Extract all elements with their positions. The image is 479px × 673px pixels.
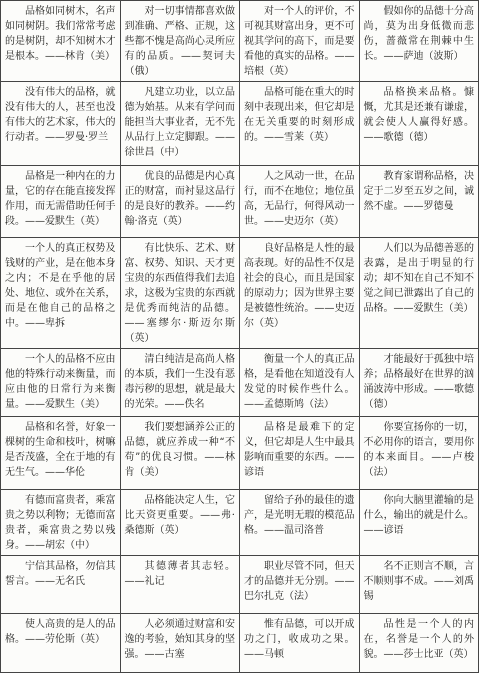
quote-cell: 清白纯洁是高尚人格的本质，我们一生没有恶毒污秽的思想，就是最大的光荣。——佚名 [120, 349, 240, 417]
quote-cell: 品格是一种内在的力量，它的存在能直接发挥作用，而无需借助任何手段。——爱默生（英… [1, 166, 121, 238]
quote-cell: 职业尽管不同，但天才的品德并无分别。——巴尔扎克（法） [240, 556, 360, 614]
quote-cell: 有德而富贵者，乘富贵之势以利物；无德而富贵者，乘富贵之势以残身。——胡宏（中） [1, 490, 121, 556]
quote-cell: 一个人的真正权势及钱财的产业，是在他本身之内；不是在乎他的居处、地位、或外在关系… [1, 238, 121, 349]
quote-cell: 你向大脑里灌输的是什么，输出的就是什么。——谚语 [359, 490, 479, 556]
quote-cell: 才能最好于孤独中培养；品格最好在世界的汹涌波涛中形成。——歌德（德） [359, 349, 479, 417]
quote-cell: 人们以为品德善恶的表露，是出于明显的行动；却不知在自己不知不觉之间已泄露出了自己… [359, 238, 479, 349]
quote-cell: 对一切事情都喜欢做到准确、严格、正规，这些都不愧是高尚心灵所应有的品质。——契诃… [120, 1, 240, 82]
quote-cell: 一个人的品格不应由他的特殊行动来衡量，而应由他的日常行为来衡量。——爱默生（美） [1, 349, 121, 417]
quotes-table: 品格如同树木，名声如同树阴。我们常常考虑的是树阴，却不知树木才是根本。——林肯（… [0, 0, 479, 673]
quote-cell: 名不正则言不顺，言不顺则事不成。——刘禹锡 [359, 556, 479, 614]
table-row: 品格是一种内在的力量，它的存在能直接发挥作用，而无需借助任何手段。——爱默生（英… [1, 166, 479, 238]
table-row: 宁信其品格，勿信其誓言。——无名氏 其德薄者其志轻。——礼记 职业尽管不同，但天… [1, 556, 479, 614]
quote-cell: 我们要想涵养公正的品德，就应养成一种“不苟”的优良习惯。——林肯（美） [120, 417, 240, 490]
quote-cell: 优良的品德是内心真正的财富，而衬显这品行的是良好的教养。——约翰·洛克（英） [120, 166, 240, 238]
quote-cell: 品格可能在重大的时刻中表现出来，但它却是在无关重要的时刻形成的。——雪莱（英） [240, 82, 360, 166]
table-row: 有德而富贵者，乘富贵之势以利物；无德而富贵者，乘富贵之势以残身。——胡宏（中） … [1, 490, 479, 556]
quote-cell: 人必须通过财富和安逸的考验，始知其身的坚强。——古塞 [120, 614, 240, 673]
quote-cell: 教育家谓称品格，决定于二岁至五岁之间，诚然不虚。——罗德曼 [359, 166, 479, 238]
quote-cell: 品格换来品格。慷慨，尤其是还兼有谦虚，就会使人人赢得好感。——歌德（德） [359, 82, 479, 166]
quote-cell: 有比快乐、艺术、财富、权势、知识、天才更宝贵的东西值得我们去追求，这极为宝贵的东… [120, 238, 240, 349]
quote-cell: 其德薄者其志轻。——礼记 [120, 556, 240, 614]
table-row: 一个人的品格不应由他的特殊行动来衡量，而应由他的日常行为来衡量。——爱默生（美）… [1, 349, 479, 417]
table-row: 品格和名誉，好象一棵树的生命和枝叶，树嘛是否茂盛，全在于地的有无生气。——华伦 … [1, 417, 479, 490]
table-row: 使人高贵的是人的品格。——劳伦斯（英） 人必须通过财富和安逸的考验，始知其身的坚… [1, 614, 479, 673]
quote-cell: 品性是一个人的内在，名誉是一个人的外貌。——莎士比亚（英） [359, 614, 479, 673]
table-row: 品格如同树木，名声如同树阴。我们常常考虑的是树阴，却不知树木才是根本。——林肯（… [1, 1, 479, 82]
quote-cell: 你要宣扬你的一切，不必用你的语言，要用你的本来面目。——卢梭（法） [359, 417, 479, 490]
table-row: 没有伟大的品格，就没有伟大的人，甚至也没有伟大的艺术家，伟大的行动者。——罗曼·… [1, 82, 479, 166]
quote-cell: 品格能决定人生，它比天资更重要。——弗·桑德斯（英） [120, 490, 240, 556]
quote-cell: 凡建立功业，以立品德为始基。从来有学问而能担当大事业者，无不先从品行上立定脚跟。… [120, 82, 240, 166]
quote-cell: 人之风动一世，在品行，而不在地位；地位虽高，无品行，何得风动一世。——史迈尔（英… [240, 166, 360, 238]
quote-cell: 使人高贵的是人的品格。——劳伦斯（英） [1, 614, 121, 673]
quote-cell: 良好品格是人性的最高表现。好的品性不仅是社会的良心，而且是国家的原动力；因为世界… [240, 238, 360, 349]
quote-cell: 没有伟大的品格，就没有伟大的人，甚至也没有伟大的艺术家，伟大的行动者。——罗曼·… [1, 82, 121, 166]
quote-cell: 假如你的品德十分高尚，莫为出身低微而悲伤，蔷薇常在荆棘中生长。——萨迪（波斯） [359, 1, 479, 82]
quote-cell: 品格是最难下的定义，但它却是人生中最具影响而重要的东西。——谚语 [240, 417, 360, 490]
quote-cell: 惟有品德，可以开成功之门，收成功之果。——马顿 [240, 614, 360, 673]
quote-cell: 宁信其品格，勿信其誓言。——无名氏 [1, 556, 121, 614]
quote-cell: 留给子孙的最佳的遗产，是光明无瑕的模范品格。——温司洛普 [240, 490, 360, 556]
quote-cell: 品格如同树木，名声如同树阴。我们常常考虑的是树阴，却不知树木才是根本。——林肯（… [1, 1, 121, 82]
quote-cell: 衡量一个人的真正品格，是看他在知道没有人发觉的时候作些什么。——孟德斯鸠（法） [240, 349, 360, 417]
quote-cell: 对一个人的评价，不可视其财富出身，更不可视其学问的高下，而是要看他的真实的品格。… [240, 1, 360, 82]
table-row: 一个人的真正权势及钱财的产业，是在他本身之内；不是在乎他的居处、地位、或外在关系… [1, 238, 479, 349]
quotes-table-body: 品格如同树木，名声如同树阴。我们常常考虑的是树阴，却不知树木才是根本。——林肯（… [1, 1, 479, 673]
quote-cell: 品格和名誉，好象一棵树的生命和枝叶，树嘛是否茂盛，全在于地的有无生气。——华伦 [1, 417, 121, 490]
